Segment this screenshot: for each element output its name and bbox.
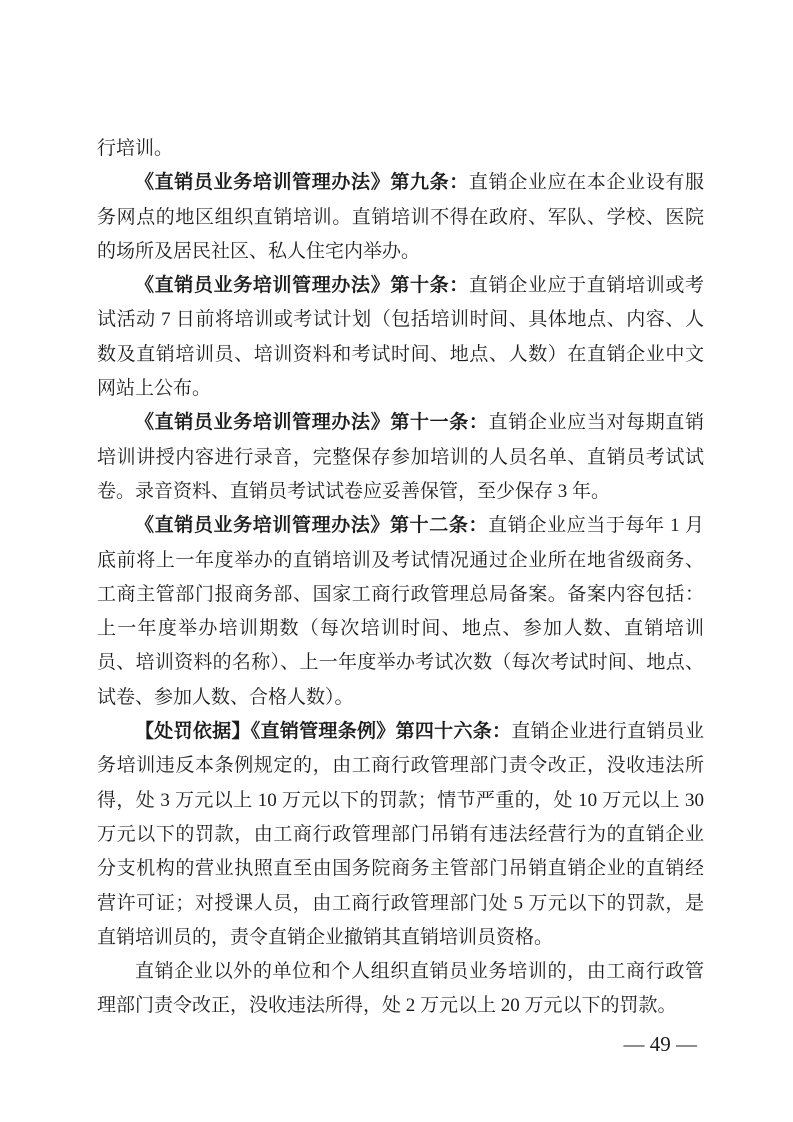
paragraph-lead: 《直销员业务培训管理办法》第十条： [135,275,469,296]
paragraph: 《直销员业务培训管理办法》第九条：直销企业应在本企业设有服务网点的地区组织直销培… [97,166,704,269]
paragraph-text: 直销企业进行直销员业务培训违反本条例规定的，由工商行政管理部门责令改正，没收违法… [97,721,704,948]
paragraph: 行培训。 [97,132,704,166]
paragraph: 直销企业以外的单位和个人组织直销员业务培训的，由工商行政管理部门责令改正，没收违… [97,955,704,1024]
paragraph-text: 直销企业应当于每年 1 月底前将上一年度举办的直销培训及考试情况通过企业所在地省… [97,515,704,707]
paragraph-text: 行培训。 [97,138,173,159]
paragraph: 《直销员业务培训管理办法》第十二条：直销企业应当于每年 1 月底前将上一年度举办… [97,509,704,715]
paragraph-text: 直销企业以外的单位和个人组织直销员业务培训的，由工商行政管理部门责令改正，没收违… [97,961,704,1016]
paragraph-lead: 《直销员业务培训管理办法》第九条： [135,172,469,193]
paragraph: 《直销员业务培训管理办法》第十条：直销企业应于直销培训或考试活动 7 日前将培训… [97,269,704,406]
paragraph: 【处罚依据】《直销管理条例》第四十六条：直销企业进行直销员业务培训违反本条例规定… [97,715,704,955]
document-page: 行培训。 《直销员业务培训管理办法》第九条：直销企业应在本企业设有服务网点的地区… [0,0,793,1122]
paragraph-lead: 【处罚依据】《直销管理条例》第四十六条： [135,721,511,742]
paragraph: 《直销员业务培训管理办法》第十一条：直销企业应当对每期直销培训讲授内容进行录音，… [97,406,704,509]
paragraph-lead: 《直销员业务培训管理办法》第十二条： [135,515,488,536]
paragraph-lead: 《直销员业务培训管理办法》第十一条： [135,412,489,433]
document-body: 行培训。 《直销员业务培训管理办法》第九条：直销企业应在本企业设有服务网点的地区… [97,132,704,1024]
page-number: — 49 — [624,1032,698,1056]
